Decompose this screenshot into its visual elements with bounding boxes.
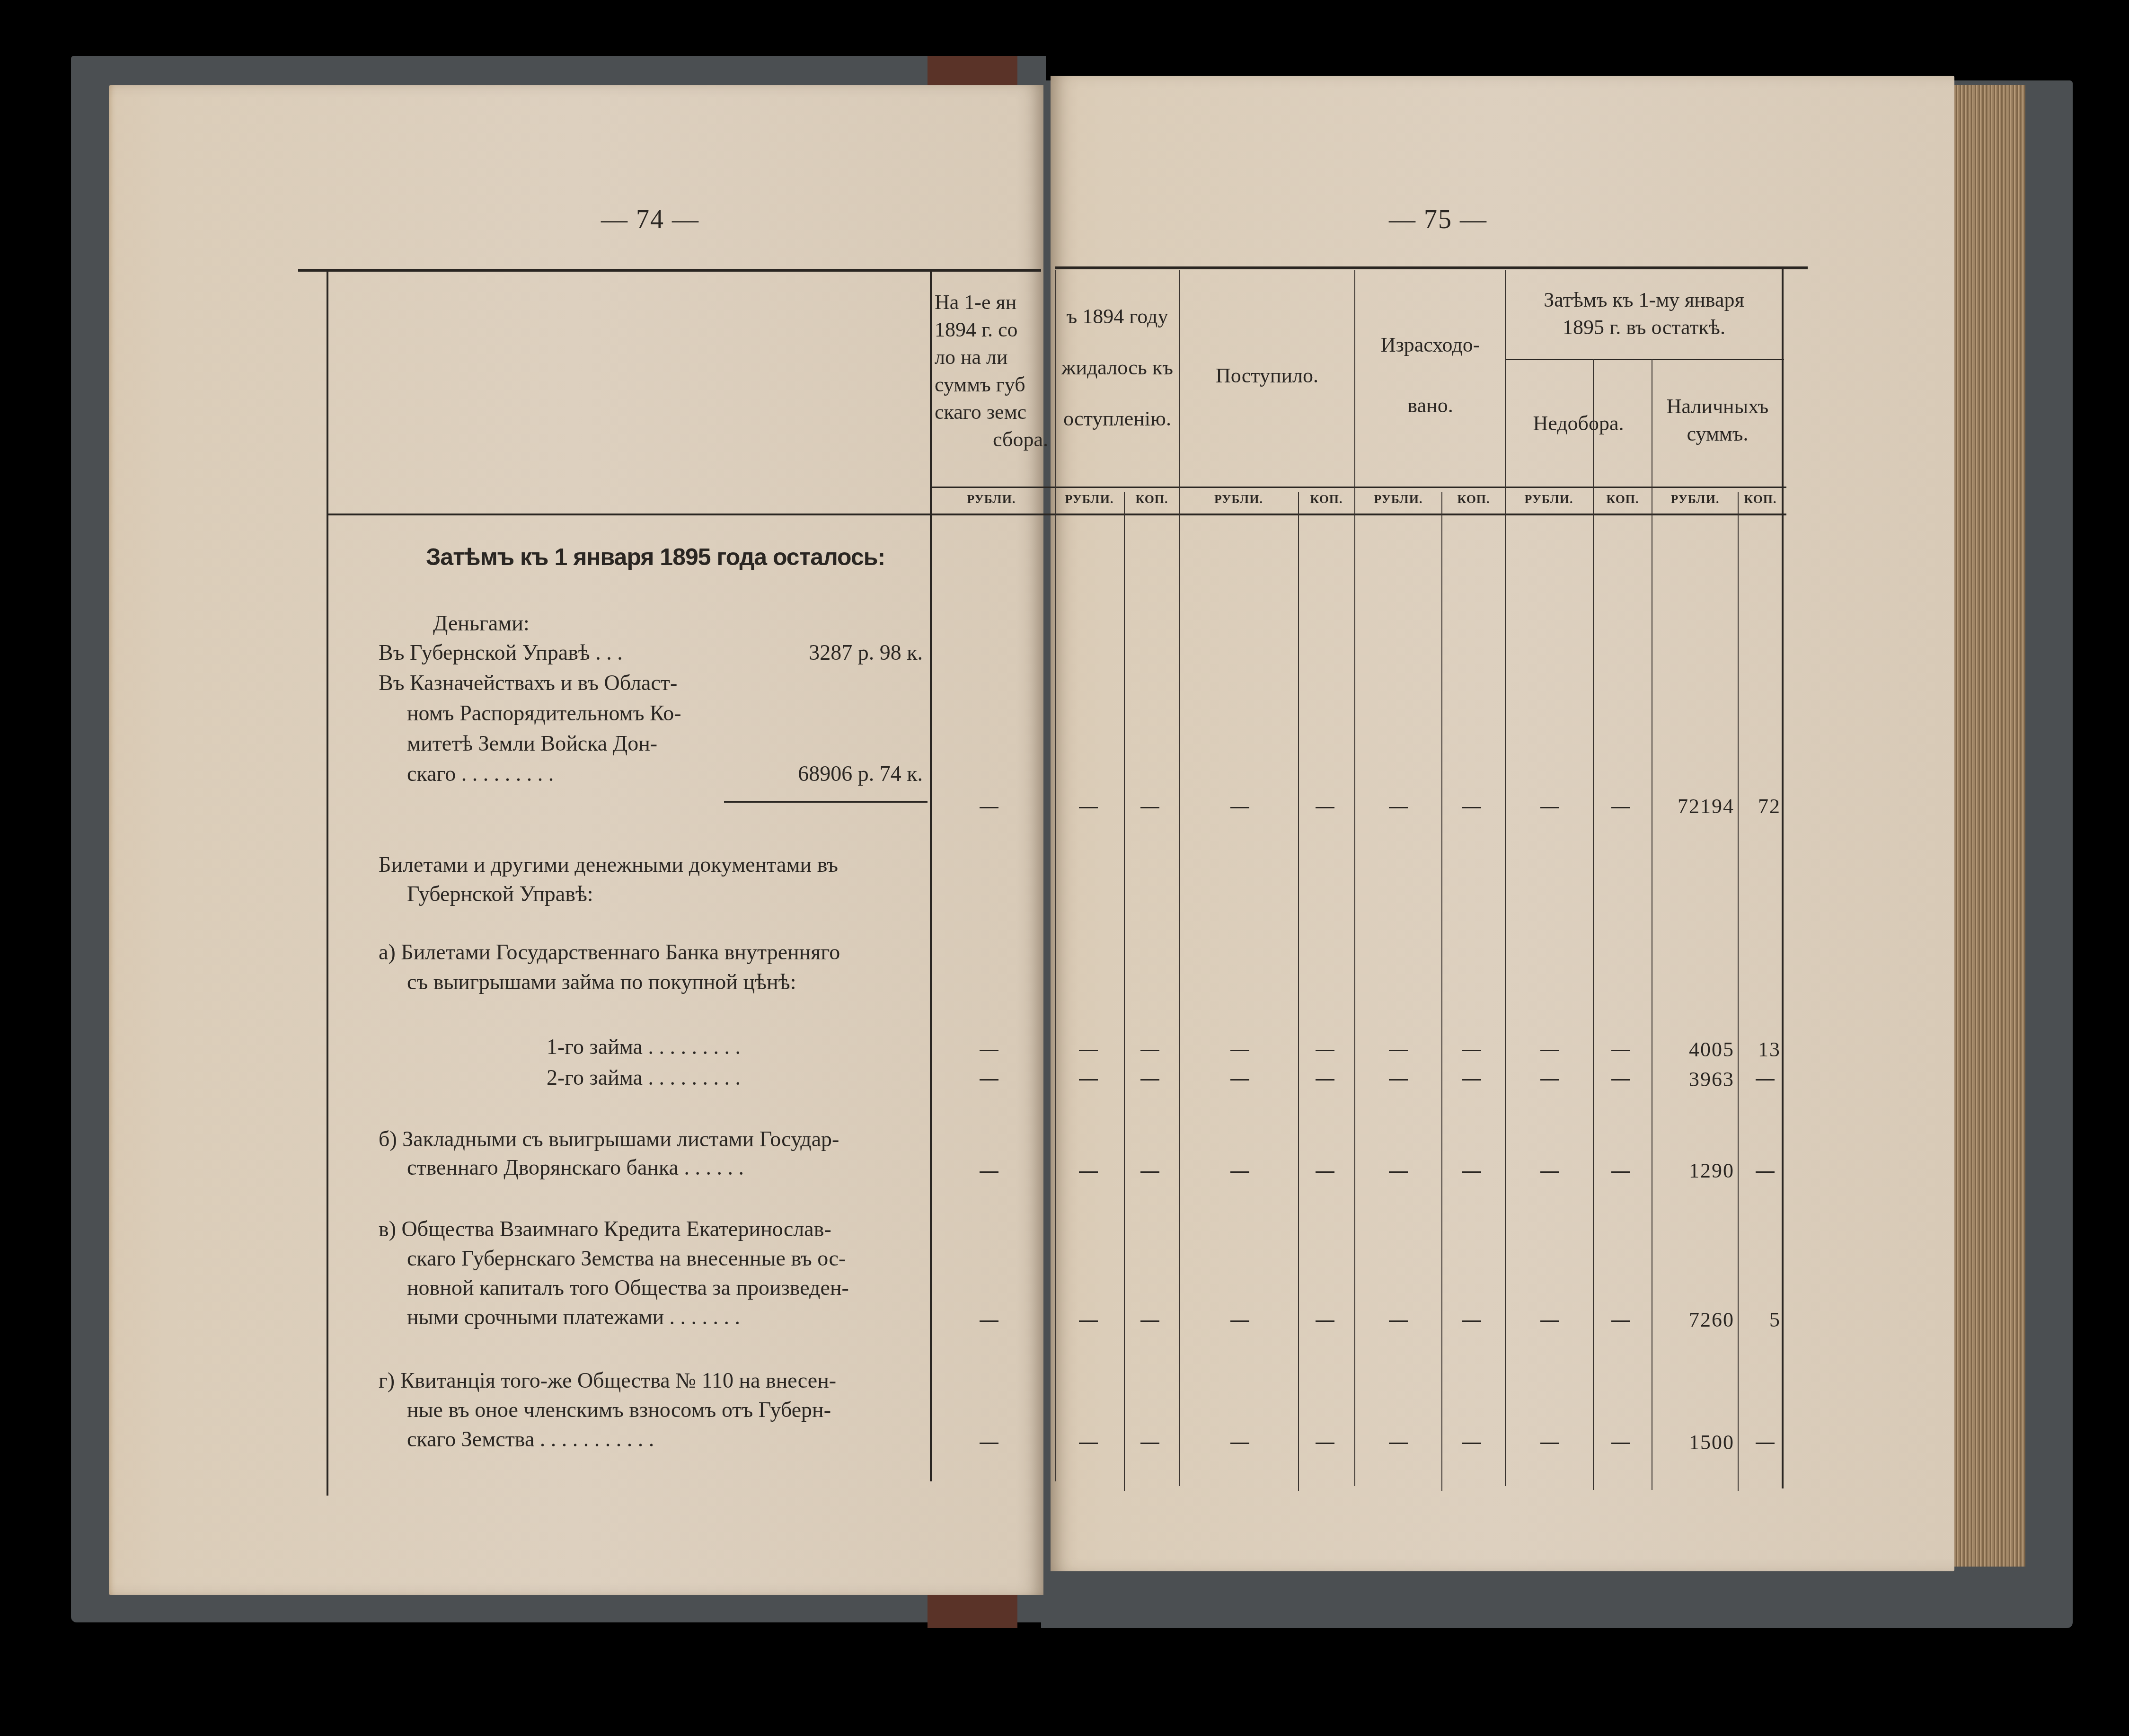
empty-cell-dash xyxy=(1611,807,1630,808)
empty-cell-dash xyxy=(1462,1171,1481,1173)
col-divider xyxy=(1179,270,1180,1486)
unit-kop: КОП. xyxy=(1594,492,1651,506)
empty-cell-dash xyxy=(1079,1050,1098,1051)
empty-cell-dash xyxy=(980,1171,998,1173)
cash-rub-cell: 72194 xyxy=(1654,794,1734,818)
empty-cell-dash xyxy=(1540,1443,1559,1444)
empty-cell-dash xyxy=(1230,1320,1249,1322)
item-v-line: ными срочными платежами . . . . . . . xyxy=(407,1304,740,1329)
money-heading: Деньгами: xyxy=(433,611,530,636)
section-title: Затѣмъ къ 1 января 1895 года осталось: xyxy=(426,543,885,571)
empty-cell-dash xyxy=(1140,1079,1159,1081)
col-divider xyxy=(1124,492,1125,1491)
item-a-line: съ выигрышами займа по покупной цѣнѣ: xyxy=(407,969,796,994)
empty-cell-dash xyxy=(1079,1171,1098,1173)
empty-cell-dash xyxy=(1079,1320,1098,1322)
cash-rub-cell: 4005 xyxy=(1654,1037,1734,1062)
empty-cell-dash xyxy=(1316,1443,1334,1444)
empty-cell-dash xyxy=(1389,1050,1408,1051)
cash-kop-cell: 5 xyxy=(1740,1308,1781,1332)
page-fore-edge xyxy=(1954,85,2025,1567)
col-divider xyxy=(1593,359,1594,1490)
empty-cell-dash xyxy=(1140,807,1159,808)
item-g-line: скаго Земства . . . . . . . . . . . xyxy=(407,1426,654,1452)
empty-cell-dash xyxy=(1140,1171,1159,1173)
empty-cell-dash xyxy=(1611,1443,1630,1444)
header-spent: Израсходо- вано. xyxy=(1356,331,1505,419)
table-left-border xyxy=(327,270,328,1496)
empty-cell-dash xyxy=(980,1443,998,1444)
item-b-line: ственнаго Дворянскаго банка . . . . . . xyxy=(407,1155,744,1180)
empty-cell-dash xyxy=(1611,1320,1630,1322)
unit-rub: РУБЛИ. xyxy=(1056,492,1122,506)
unit-rub: РУБЛИ. xyxy=(1653,492,1737,506)
item-v-line: новной капиталъ того Общества за произве… xyxy=(407,1275,849,1300)
col-divider-text xyxy=(930,270,932,1481)
empty-cell-dash xyxy=(1540,1320,1559,1322)
right-page xyxy=(1051,76,1954,1571)
money-item-line: номъ Распорядительномъ Ко- xyxy=(407,700,681,726)
empty-cell-dash xyxy=(1316,1320,1334,1322)
cash-rub-cell: 3963 xyxy=(1654,1067,1734,1091)
empty-cell-dash xyxy=(1611,1079,1630,1081)
empty-cell-dash xyxy=(1756,1171,1775,1173)
empty-cell-dash xyxy=(1540,1079,1559,1081)
empty-cell-dash xyxy=(1079,1443,1098,1444)
empty-cell-dash xyxy=(1389,1443,1408,1444)
empty-cell-dash xyxy=(1140,1443,1159,1444)
money-item-amount: 68906 р. 74 к. xyxy=(729,761,923,786)
empty-cell-dash xyxy=(1316,1171,1334,1173)
col-divider xyxy=(1354,270,1355,1486)
item-v-line: в) Общества Взаимнаго Кредита Екатеринос… xyxy=(379,1216,831,1241)
empty-cell-dash xyxy=(1230,1050,1249,1051)
header-bottom-rule xyxy=(327,514,1786,515)
empty-cell-dash xyxy=(1140,1320,1159,1322)
docs-heading: Билетами и другими денежными документами… xyxy=(379,852,838,877)
table-top-rule-right xyxy=(1055,266,1808,269)
page-number-left: — 74 — xyxy=(601,204,699,235)
empty-cell-dash xyxy=(1462,1079,1481,1081)
empty-cell-dash xyxy=(1540,807,1559,808)
empty-cell-dash xyxy=(980,807,998,808)
col-divider xyxy=(1055,270,1056,1481)
empty-cell-dash xyxy=(980,1320,998,1322)
empty-cell-dash xyxy=(1540,1050,1559,1051)
money-item-line: Въ Казначействахъ и въ Област- xyxy=(379,670,677,695)
empty-cell-dash xyxy=(1230,1171,1249,1173)
item-a-sub: 1-го займа . . . . . . . . . xyxy=(547,1034,741,1059)
header-col1: На 1-е ян 1894 г. со ло на ли суммъ губ … xyxy=(935,289,1048,453)
item-a-sub: 2-го займа . . . . . . . . . xyxy=(547,1065,741,1090)
empty-cell-dash xyxy=(1389,807,1408,808)
empty-cell-dash xyxy=(1389,1079,1408,1081)
unit-rub: РУБЛИ. xyxy=(932,492,1051,506)
unit-rub: РУБЛИ. xyxy=(1356,492,1441,506)
empty-cell-dash xyxy=(1316,1050,1334,1051)
item-g-line: ные въ оное членскимъ взносомъ отъ Губер… xyxy=(407,1397,831,1422)
header-cash: Наличныхъ суммъ. xyxy=(1652,393,1783,448)
empty-cell-dash xyxy=(1230,1079,1249,1081)
money-item-line: скаго . . . . . . . . . xyxy=(407,761,554,786)
empty-cell-dash xyxy=(1316,1079,1334,1081)
unit-kop: КОП. xyxy=(1299,492,1353,506)
table-right-border xyxy=(1782,267,1784,1488)
empty-cell-dash xyxy=(1756,1443,1775,1444)
header-remaining-group: Затѣмъ къ 1-му января 1895 г. въ остаткѣ… xyxy=(1506,286,1782,341)
units-rule xyxy=(930,487,1786,488)
cash-kop-cell: 72 xyxy=(1740,794,1781,818)
empty-cell-dash xyxy=(980,1050,998,1051)
empty-cell-dash xyxy=(1316,807,1334,808)
empty-cell-dash xyxy=(1540,1171,1559,1173)
group-sub-rule xyxy=(1505,359,1784,360)
empty-cell-dash xyxy=(1230,1443,1249,1444)
cash-rub-cell: 1500 xyxy=(1654,1430,1734,1454)
cash-kop-cell: 13 xyxy=(1740,1037,1781,1062)
unit-kop: КОП. xyxy=(1739,492,1782,506)
unit-rub: РУБЛИ. xyxy=(1181,492,1297,506)
empty-cell-dash xyxy=(1462,1320,1481,1322)
money-item-amount: 3287 р. 98 к. xyxy=(748,640,923,665)
empty-cell-dash xyxy=(1462,807,1481,808)
col-divider xyxy=(1652,359,1652,1490)
header-received: Поступило. xyxy=(1181,362,1353,390)
empty-cell-dash xyxy=(980,1079,998,1081)
page-number-right: — 75 — xyxy=(1389,204,1487,235)
empty-cell-dash xyxy=(1462,1050,1481,1051)
empty-cell-dash xyxy=(1611,1171,1630,1173)
money-sum-rule xyxy=(724,801,928,803)
money-item-line: Въ Губернской Управѣ . . . xyxy=(379,640,623,665)
col-divider xyxy=(1505,270,1506,1486)
cash-rub-cell: 7260 xyxy=(1654,1308,1734,1332)
item-b-line: б) Закладными съ выигрышами листами Госу… xyxy=(379,1126,839,1151)
unit-rub: РУБЛИ. xyxy=(1506,492,1591,506)
money-item-line: митетѣ Земли Войска Дон- xyxy=(407,731,657,756)
empty-cell-dash xyxy=(1389,1171,1408,1173)
empty-cell-dash xyxy=(1462,1443,1481,1444)
empty-cell-dash xyxy=(1389,1320,1408,1322)
empty-cell-dash xyxy=(1756,1079,1775,1081)
item-a-line: а) Билетами Государственнаго Банка внутр… xyxy=(379,939,840,965)
header-arrears: Недобора. xyxy=(1506,410,1651,437)
item-g-line: г) Квитанція того-же Общества № 110 на в… xyxy=(379,1368,836,1393)
empty-cell-dash xyxy=(1611,1050,1630,1051)
empty-cell-dash xyxy=(1079,1079,1098,1081)
empty-cell-dash xyxy=(1079,807,1098,808)
col-divider xyxy=(1298,492,1299,1491)
docs-heading: Губернской Управѣ: xyxy=(407,881,593,906)
empty-cell-dash xyxy=(1140,1050,1159,1051)
item-v-line: скаго Губернскаго Земства на внесенные в… xyxy=(407,1246,846,1271)
unit-kop: КОП. xyxy=(1443,492,1504,506)
cash-rub-cell: 1290 xyxy=(1654,1159,1734,1183)
col-divider xyxy=(1441,492,1442,1491)
unit-kop: КОП. xyxy=(1125,492,1178,506)
empty-cell-dash xyxy=(1230,807,1249,808)
col-divider xyxy=(1738,492,1739,1491)
header-col2: ъ 1894 году жидалось къ оступленію. xyxy=(1056,303,1178,433)
